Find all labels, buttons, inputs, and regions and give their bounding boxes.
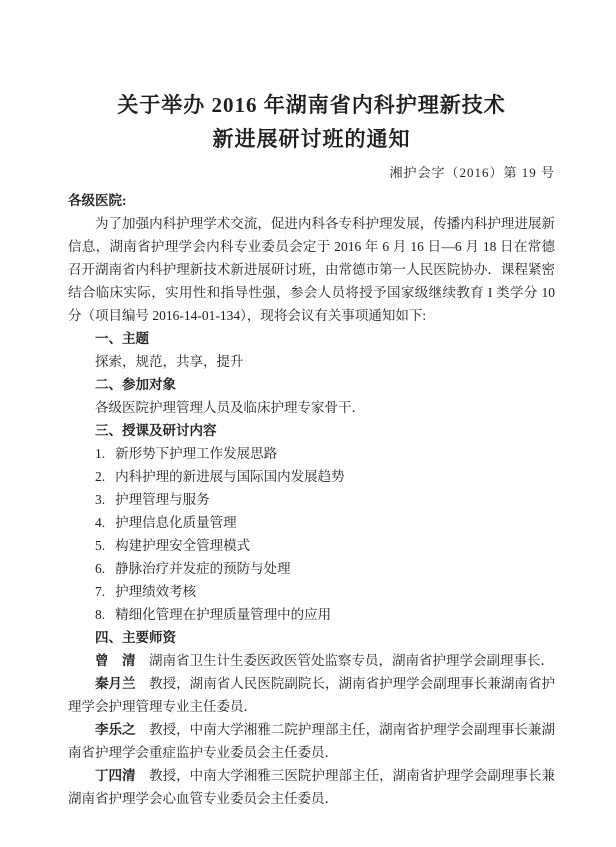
item-text: 内科护理的新进展与国际国内发展趋势 [115,469,345,484]
section-1-body: 探索，规范，共享，提升 [68,350,555,373]
item-text: 静脉治疗并发症的预防与处理 [115,561,291,576]
section-2-body: 各级医院护理管理人员及临床护理专家骨干． [68,396,555,419]
faculty-desc: 教授，湖南省人民医院副院长，湖南省护理学会副理事长兼湖南省护理学会护理管理专业主… [68,676,555,714]
course-item: 2.内科护理的新进展与国际国内发展趋势 [68,465,555,488]
section-4-heading: 四、主要师资 [68,626,555,649]
item-number: 1. [95,442,105,465]
faculty-desc: 教授，中南大学湘雅二院护理部主任，湖南省护理学会副理事长兼湖南省护理学会重症监护… [68,722,555,760]
item-number: 6. [95,557,105,580]
section-3-heading: 三、授课及研讨内容 [68,419,555,442]
document-page: 关于举办 2016 年湖南省内科护理新技术 新进展研讨班的通知 湘护会字（201… [0,0,616,847]
course-item: 3.护理管理与服务 [68,488,555,511]
item-number: 2. [95,465,105,488]
faculty-name: 李乐之 [95,722,136,737]
item-text: 构建护理安全管理模式 [115,538,250,553]
item-number: 5. [95,534,105,557]
document-title-line1: 关于举办 2016 年湖南省内科护理新技术 [68,88,555,122]
item-number: 4. [95,511,105,534]
section-2-heading: 二、参加对象 [68,373,555,396]
faculty-desc: 湖南省卫生计生委医政医管处监察专员，湖南省护理学会副理事长． [149,653,554,668]
course-item: 5.构建护理安全管理模式 [68,534,555,557]
section-1-heading: 一、主题 [68,327,555,350]
item-text: 精细化管理在护理质量管理中的应用 [115,607,331,622]
course-item: 7.护理绩效考核 [68,580,555,603]
item-text: 护理绩效考核 [115,584,196,599]
faculty-name: 丁四清 [95,768,136,783]
item-text: 新形势下护理工作发展思路 [115,446,277,461]
document-number: 湘护会字（2016）第 19 号 [68,161,555,185]
item-text: 护理管理与服务 [115,492,210,507]
faculty-desc: 教授，中南大学湘雅三医院护理部主任，湖南省护理学会副理事长兼湖南省护理学会心血管… [68,768,555,806]
faculty-paragraph: 李乐之教授，中南大学湘雅二院护理部主任，湖南省护理学会副理事长兼湖南省护理学会重… [68,718,555,764]
document-body: 各级医院: 为了加强内科护理学术交流，促进内科各专科护理发展，传播内科护理进展新… [68,189,555,810]
faculty-name: 秦月兰 [95,676,136,691]
course-item: 6.静脉治疗并发症的预防与处理 [68,557,555,580]
item-number: 8. [95,603,105,626]
course-item: 8.精细化管理在护理质量管理中的应用 [68,603,555,626]
item-number: 7. [95,580,105,603]
course-item: 1.新形势下护理工作发展思路 [68,442,555,465]
faculty-paragraph: 秦月兰教授，湖南省人民医院副院长，湖南省护理学会副理事长兼湖南省护理学会护理管理… [68,672,555,718]
document-title-line2: 新进展研讨班的通知 [68,122,555,156]
item-number: 3. [95,488,105,511]
faculty-paragraph: 曾 清湖南省卫生计生委医政医管处监察专员，湖南省护理学会副理事长． [68,649,555,672]
intro-paragraph: 为了加强内科护理学术交流，促进内科各专科护理发展，传播内科护理进展新信息，湖南省… [68,212,555,327]
course-item: 4.护理信息化质量管理 [68,511,555,534]
item-text: 护理信息化质量管理 [115,515,237,530]
faculty-paragraph: 丁四清教授，中南大学湘雅三医院护理部主任，湖南省护理学会副理事长兼湖南省护理学会… [68,764,555,810]
salutation: 各级医院: [68,189,555,212]
faculty-name: 曾 清 [95,653,136,668]
